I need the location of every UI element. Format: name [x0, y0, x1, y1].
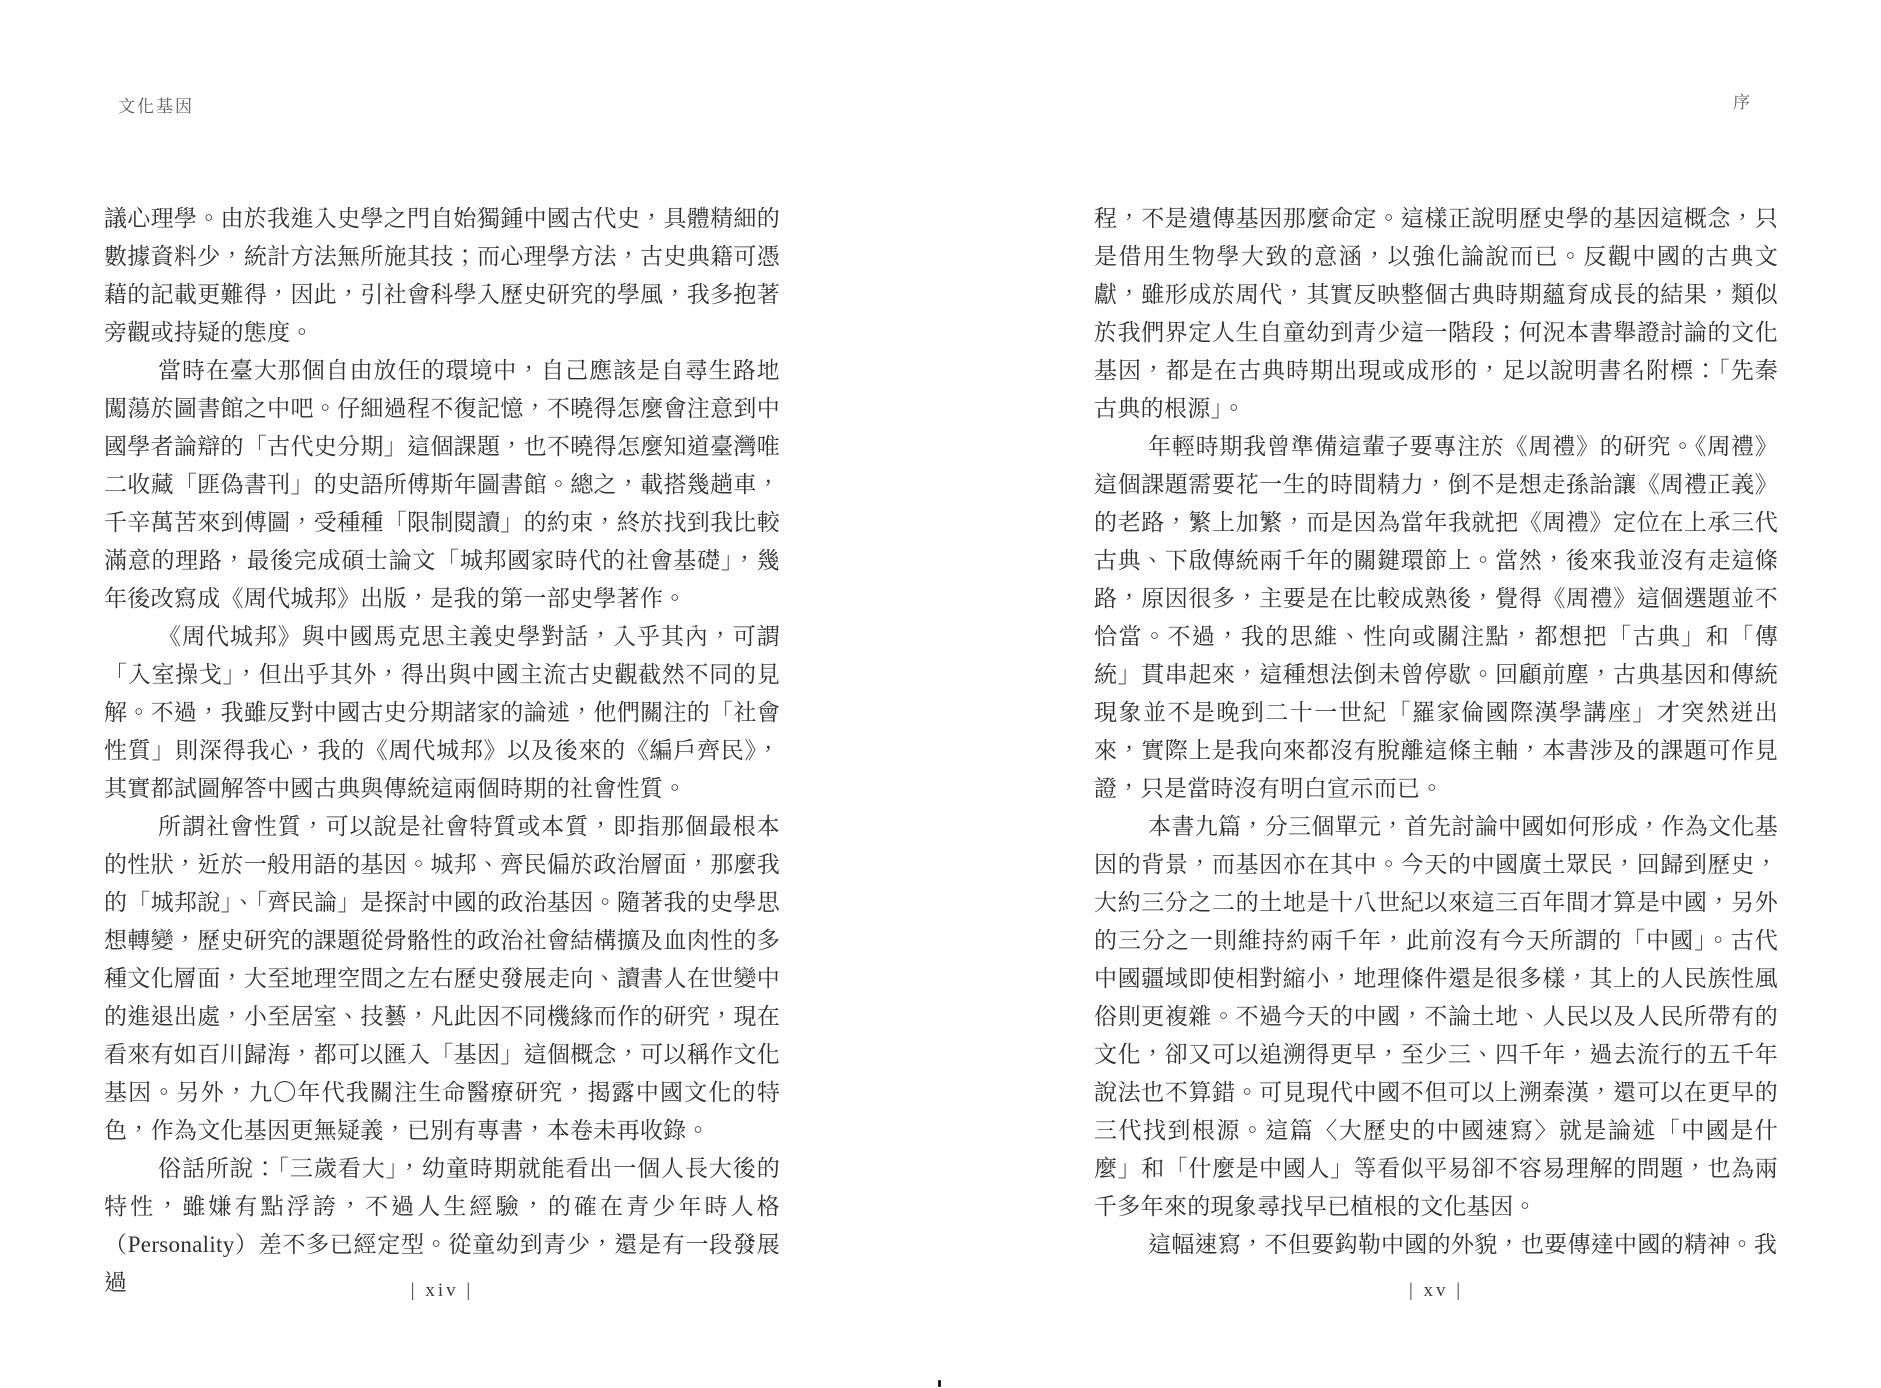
page-number-left: | xiv |	[104, 1280, 780, 1302]
book-spread: 文化基因 議心理學。由於我進入史學之門自始獨鍾中國古代史，具體精細的數據資料少，…	[0, 0, 1881, 1388]
page-number-right: | xv |	[1094, 1280, 1778, 1302]
paragraph: 這幅速寫，不但要鈎勒中國的外貌，也要傳達中國的精神。我	[1094, 1226, 1778, 1264]
paragraph: 本書九篇，分三個單元，首先討論中國如何形成，作為文化基因的背景，而基因亦在其中。…	[1094, 808, 1778, 1226]
running-head-book-title: 文化基因	[118, 92, 194, 117]
paragraph: 當時在臺大那個自由放任的環境中，自己應該是自尋生路地闖蕩於圖書館之中吧。仔細過程…	[104, 352, 780, 618]
paragraph: 年輕時期我曾準備這輩子要專注於《周禮》的研究。《周禮》這個課題需要花一生的時間精…	[1094, 428, 1778, 808]
paragraph-continuation: 議心理學。由於我進入史學之門自始獨鍾中國古代史，具體精細的數據資料少，統計方法無…	[104, 200, 780, 352]
right-text-column: 程，不是遺傳基因那麼命定。這樣正說明歷史學的基因這概念，只是借用生物學大致的意涵…	[1094, 200, 1778, 1264]
left-text-column: 議心理學。由於我進入史學之門自始獨鍾中國古代史，具體精細的數據資料少，統計方法無…	[104, 200, 780, 1302]
paragraph-continuation: 程，不是遺傳基因那麼命定。這樣正說明歷史學的基因這概念，只是借用生物學大致的意涵…	[1094, 200, 1778, 428]
ink-speck	[938, 1380, 941, 1387]
paragraph: 所謂社會性質，可以說是社會特質或本質，即指那個最根本的性狀，近於一般用語的基因。…	[104, 808, 780, 1150]
running-head-chapter-title: 序	[1733, 88, 1752, 113]
paragraph: 《周代城邦》與中國馬克思主義史學對話，入乎其內，可謂「入室操戈」，但出乎其外，得…	[104, 618, 780, 808]
